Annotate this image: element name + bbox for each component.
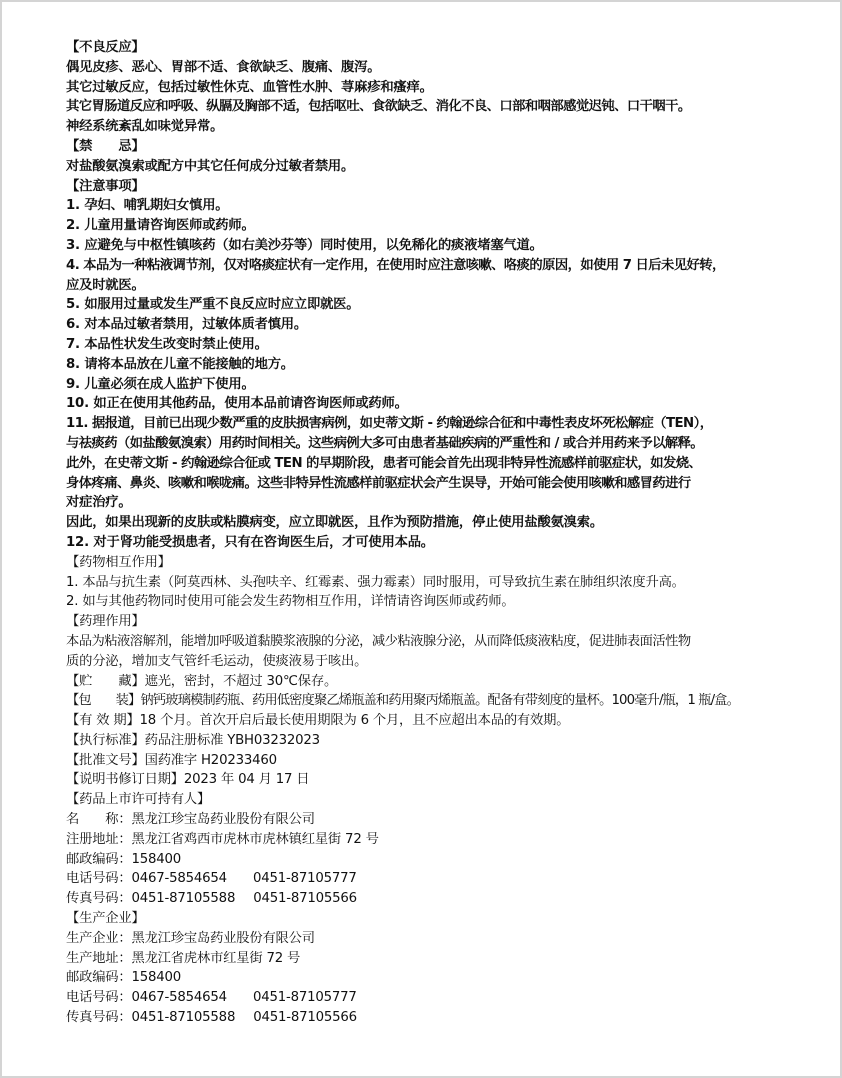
storage-label: 【贮 藏】 [66,674,145,689]
standard-value: 药品注册标准 YBH03232023 [145,733,320,748]
packaging-row: 【包 装】钠钙玻璃模制药瓶、药用低密度聚乙烯瓶盖和药用聚丙烯瓶盖。配备有带刻度的… [66,691,800,711]
approval-label: 【批准文号】 [66,753,145,768]
precaution-item-continued: 因此，如果出现新的皮肤或粘膜病变，应立即就医，且作为预防措施，停止使用盐酸氨溴索… [66,513,800,533]
packaging-label: 【包 装】 [66,693,140,708]
section-heading-pharmacology: 【药理作用】 [66,612,800,632]
mah-fax-1: 0451-87105588 [131,891,235,906]
precaution-item: 4. 本品为一种粘液调节剂，仅对咯痰症状有一定作用，在使用时应注意咳嗽、咯痰的原… [66,256,800,276]
mah-phone-label: 电话号码： [66,871,131,886]
interaction-item: 2. 如与其他药物同时使用可能会发生药物相互作用，详情请咨询医师或药师。 [66,592,800,612]
contraindication-line: 对盐酸氨溴索或配方中其它任何成分过敏者禁用。 [66,157,800,177]
precaution-item: 2. 儿童用量请咨询医师或药师。 [66,216,800,236]
section-heading-adverse-reactions: 【不良反应】 [66,38,800,58]
mah-postcode-row: 邮政编码：158400 [66,850,800,870]
mah-address: 黑龙江省鸡西市虎林市虎林镇红星街 72 号 [131,832,378,847]
manufacturer-postcode: 158400 [131,970,181,985]
mah-name-label: 名 称： [66,812,131,827]
precaution-item-continued: 对症治疗。 [66,493,800,513]
mah-name-row: 名 称：黑龙江珍宝岛药业股份有限公司 [66,810,800,830]
mah-phone-row: 电话号码：0467-58546540451-87105777 [66,869,800,889]
precaution-item: 1. 孕妇、哺乳期妇女慎用。 [66,196,800,216]
section-heading-contraindications: 【禁 忌】 [66,137,800,157]
pharmacology-line: 本品为粘液溶解剂，能增加呼吸道黏膜浆液腺的分泌，减少粘液腺分泌，从而降低痰液粘度… [66,632,800,652]
precaution-item: 9. 儿童必须在成人监护下使用。 [66,375,800,395]
storage-value: 遮光，密封，不超过 30℃保存。 [145,674,337,689]
manufacturer-fax-1: 0451-87105588 [131,1010,235,1025]
section-heading-interactions: 【药物相互作用】 [66,553,800,573]
mah-phone-1: 0467-5854654 [131,871,226,886]
validity-value: 18 个月。首次开启后最长使用期限为 6 个月，且不应超出本品的有效期。 [140,713,570,728]
precaution-item: 11. 据报道，目前已出现少数严重的皮肤损害病例，如史蒂文斯 - 约翰逊综合征和… [66,414,800,434]
storage-row: 【贮 藏】遮光，密封，不超过 30℃保存。 [66,672,800,692]
manufacturer-address: 黑龙江省虎林市红星街 72 号 [131,951,300,966]
precaution-item-continued: 身体疼痛、鼻炎、咳嗽和喉咙痛。这些非特异性流感样前驱症状会产生误导，开始可能会使… [66,474,800,494]
precaution-item: 6. 对本品过敏者禁用，过敏体质者慎用。 [66,315,800,335]
precaution-item: 12. 对于肾功能受损患者，只有在咨询医生后，才可使用本品。 [66,533,800,553]
adverse-reaction-line: 其它胃肠道反应和呼吸、纵膈及胸部不适，包括呕吐、食欲缺乏、消化不良、口部和咽部感… [66,97,800,117]
section-heading-precautions: 【注意事项】 [66,177,800,197]
mah-phone-2: 0451-87105777 [253,869,357,889]
adverse-reaction-line: 偶见皮疹、恶心、胃部不适、食欲缺乏、腹痛、腹泻。 [66,58,800,78]
manufacturer-phone-label: 电话号码： [66,990,131,1005]
manufacturer-phone-1: 0467-5854654 [131,990,226,1005]
manufacturer-address-label: 生产地址： [66,951,131,966]
interaction-item: 1. 本品与抗生素（阿莫西林、头孢呋辛、红霉素、强力霉素）同时服用，可导致抗生素… [66,573,800,593]
approval-row: 【批准文号】国药准字 H20233460 [66,751,800,771]
precaution-item-continued: 此外，在史蒂文斯 - 约翰逊综合征或 TEN 的早期阶段，患者可能会首先出现非特… [66,454,800,474]
mah-fax-2: 0451-87105566 [253,889,357,909]
revision-date-value: 2023 年 04 月 17 日 [184,772,310,787]
validity-row: 【有 效 期】18 个月。首次开启后最长使用期限为 6 个月，且不应超出本品的有… [66,711,800,731]
mah-address-row: 注册地址：黑龙江省鸡西市虎林市虎林镇红星街 72 号 [66,830,800,850]
mah-name: 黑龙江珍宝岛药业股份有限公司 [131,812,314,827]
manufacturer-address-row: 生产地址：黑龙江省虎林市红星街 72 号 [66,949,800,969]
revision-date-label: 【说明书修订日期】 [66,772,184,787]
section-heading-manufacturer: 【生产企业】 [66,909,800,929]
manufacturer-postcode-row: 邮政编码：158400 [66,968,800,988]
manufacturer-name: 黑龙江珍宝岛药业股份有限公司 [131,931,314,946]
precaution-item: 8. 请将本品放在儿童不能接触的地方。 [66,355,800,375]
precaution-item: 7. 本品性状发生改变时禁止使用。 [66,335,800,355]
precaution-item: 5. 如服用过量或发生严重不良反应时应立即就医。 [66,295,800,315]
packaging-value: 钠钙玻璃模制药瓶、药用低密度聚乙烯瓶盖和药用聚丙烯瓶盖。配备有带刻度的量杯。10… [140,693,739,708]
manufacturer-name-label: 生产企业： [66,931,131,946]
precaution-item-continued: 与祛痰药（如盐酸氨溴索）用药时间相关。这些病例大多可由患者基础疾病的严重性和 /… [66,434,800,454]
adverse-reaction-line: 神经系统紊乱如味觉异常。 [66,117,800,137]
manufacturer-fax-label: 传真号码： [66,1010,131,1025]
manufacturer-phone-2: 0451-87105777 [253,988,357,1008]
manufacturer-postcode-label: 邮政编码： [66,970,131,985]
manufacturer-name-row: 生产企业：黑龙江珍宝岛药业股份有限公司 [66,929,800,949]
precaution-item-continued: 应及时就医。 [66,276,800,296]
mah-fax-row: 传真号码：0451-871055880451-87105566 [66,889,800,909]
mah-address-label: 注册地址： [66,832,131,847]
section-heading-mah: 【药品上市许可持有人】 [66,790,800,810]
validity-label: 【有 效 期】 [66,713,140,728]
manufacturer-fax-row: 传真号码：0451-871055880451-87105566 [66,1008,800,1028]
mah-postcode: 158400 [131,852,181,867]
pharmacology-line: 质的分泌，增加支气管纤毛运动，使痰液易于咳出。 [66,652,800,672]
manufacturer-phone-row: 电话号码：0467-58546540451-87105777 [66,988,800,1008]
standard-label: 【执行标准】 [66,733,145,748]
revision-date-row: 【说明书修订日期】2023 年 04 月 17 日 [66,770,800,790]
manufacturer-fax-2: 0451-87105566 [253,1008,357,1028]
precaution-item: 10. 如正在使用其他药品，使用本品前请咨询医师或药师。 [66,394,800,414]
adverse-reaction-line: 其它过敏反应，包括过敏性休克、血管性水肿、荨麻疹和瘙痒。 [66,78,800,98]
precaution-item: 3. 应避免与中枢性镇咳药（如右美沙芬等）同时使用，以免稀化的痰液堵塞气道。 [66,236,800,256]
approval-value: 国药准字 H20233460 [145,753,277,768]
mah-postcode-label: 邮政编码： [66,852,131,867]
mah-fax-label: 传真号码： [66,891,131,906]
standard-row: 【执行标准】药品注册标准 YBH03232023 [66,731,800,751]
drug-leaflet-page: 【不良反应】 偶见皮疹、恶心、胃部不适、食欲缺乏、腹痛、腹泻。 其它过敏反应，包… [0,0,842,1078]
